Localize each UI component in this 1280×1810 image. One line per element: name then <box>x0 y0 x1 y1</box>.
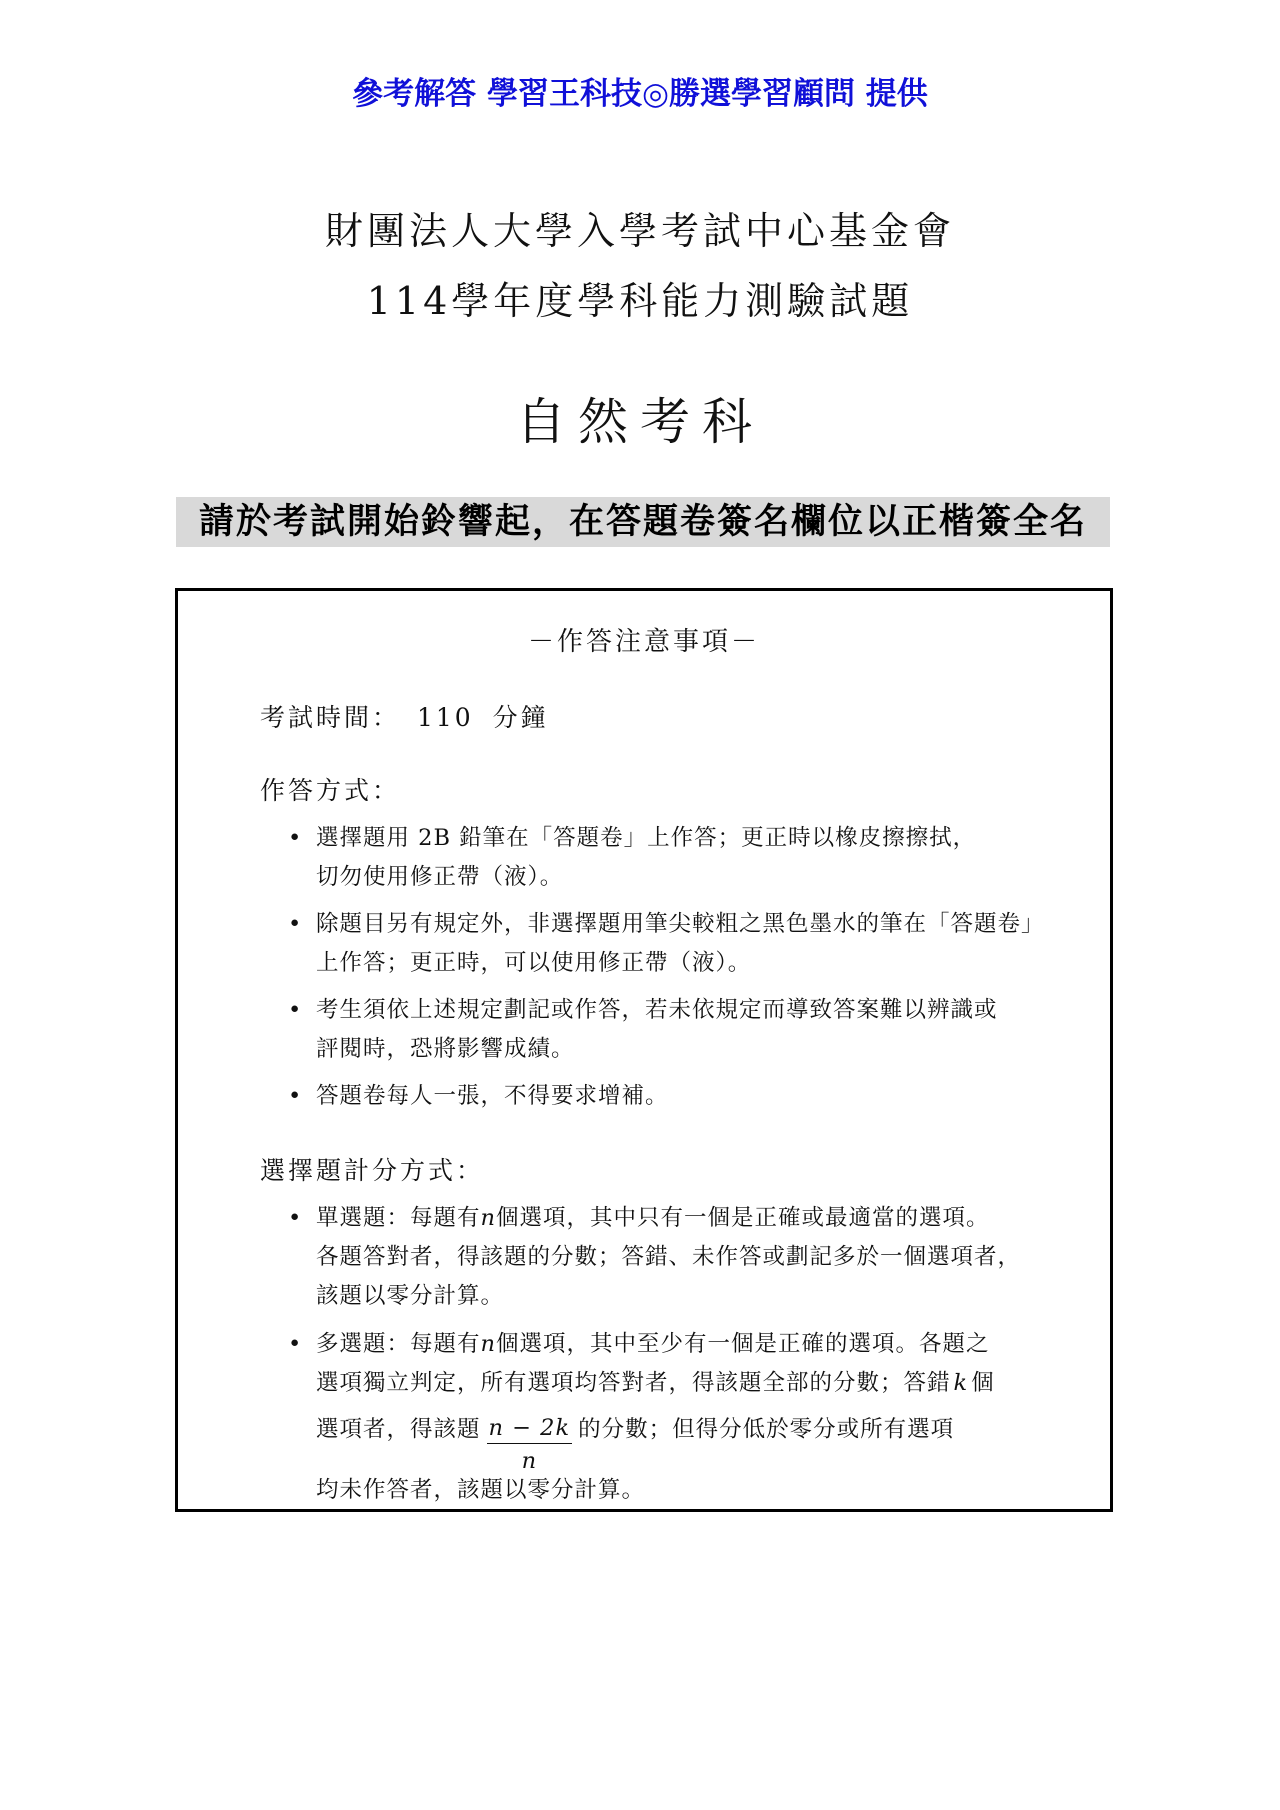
provider-credit: 參考解答 學習王科技◎勝選學習顧問 提供 <box>0 68 1280 113</box>
exam-time-unit: 分鐘 <box>493 703 549 732</box>
answer-method-heading: 作答方式： <box>260 771 400 807</box>
bullet-icon: • <box>288 1325 302 1364</box>
bullet-icon: • <box>288 905 302 944</box>
bullet-icon: • <box>288 991 302 1030</box>
instructions-title: －作答注意事項－ <box>178 621 1110 658</box>
answer-method-item: • 除題目另有規定外，非選擇題用筆尖較粗之黑色墨水的筆在「答題卷」 上作答；更正… <box>302 905 1042 983</box>
exam-title: 114學年度學科能力測驗試題 <box>0 270 1280 325</box>
organization-name: 財團法人大學入學考試中心基金會 <box>0 200 1280 255</box>
scoring-heading: 選擇題計分方式： <box>260 1151 484 1187</box>
multiple-choice-rule: • 多選題：每題有n個選項，其中至少有一個是正確的選項。各題之 選項獨立判定，所… <box>302 1325 1042 1510</box>
answer-method-item: • 答題卷每人一張，不得要求增補。 <box>302 1077 1042 1116</box>
signature-instruction-banner: 請於考試開始鈴響起，在答題卷簽名欄位以正楷簽全名 <box>176 497 1110 547</box>
exam-time-label: 考試時間： <box>260 703 400 732</box>
answer-method-item: • 選擇題用 2B 鉛筆在「答題卷」上作答；更正時以橡皮擦擦拭， 切勿使用修正帶… <box>302 819 1042 897</box>
variable-n: n <box>481 1331 497 1357</box>
bullet-icon: • <box>288 819 302 858</box>
instructions-box: －作答注意事項－ 考試時間： 110 分鐘 作答方式： • 選擇題用 2B 鉛筆… <box>175 588 1113 1512</box>
score-fraction: n − 2kn <box>487 1417 573 1472</box>
subject-title: 自然考科 <box>0 382 1280 454</box>
variable-k: k <box>954 1370 969 1396</box>
answer-method-item: • 考生須依上述規定劃記或作答，若未依規定而導致答案難以辨識或 評閱時，恐將影響… <box>302 991 1042 1069</box>
bullet-icon: • <box>288 1199 302 1238</box>
bullet-icon: • <box>288 1077 302 1116</box>
variable-n: n <box>481 1205 497 1231</box>
exam-time: 考試時間： 110 分鐘 <box>260 698 549 734</box>
exam-time-value: 110 <box>417 703 474 732</box>
single-choice-rule: • 單選題：每題有n個選項，其中只有一個是正確或最適當的選項。 各題答對者，得該… <box>302 1199 1042 1316</box>
